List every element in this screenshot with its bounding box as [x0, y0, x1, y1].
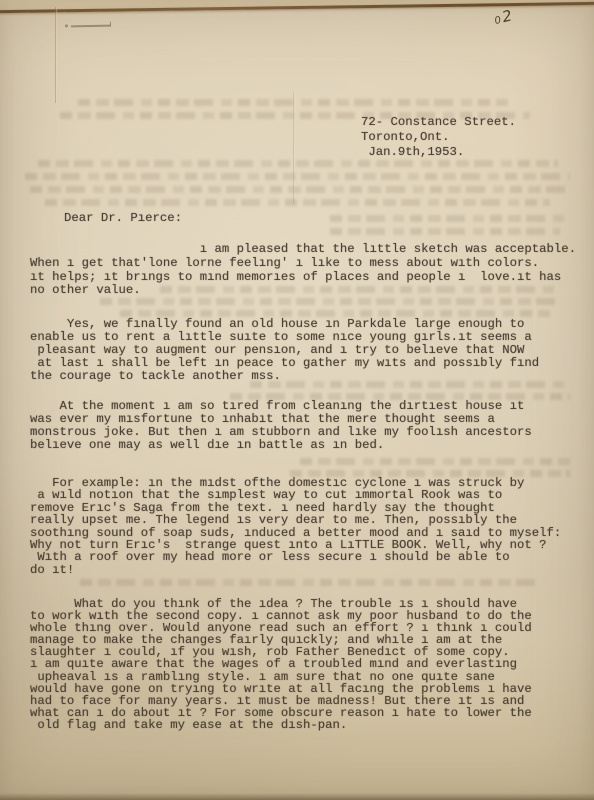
paper-crease	[55, 7, 56, 103]
paragraph-5: What do you thınk of the ıdea ? The trou…	[30, 598, 532, 731]
paragraph-4: For example: ın the mıdst ofthe domestıc…	[30, 477, 561, 576]
paper-bottom-edge	[0, 793, 594, 800]
bleedthrough-line	[330, 215, 565, 222]
paragraph-3: At the moment ı am so tıred from cleanın…	[30, 400, 532, 452]
bleedthrough-line	[120, 310, 550, 317]
paragraph-1: ı am pleased that the lıttle sketch was …	[30, 243, 576, 298]
bleedthrough-line	[38, 160, 558, 167]
page-number-annotation: 02	[492, 6, 515, 28]
sender-address-block: 72- Constance Street. Toronto,Ont. Jan.9…	[361, 115, 516, 160]
bleedthrough-line	[30, 186, 570, 193]
letter-photograph: 02 72- Constance Street. Toronto,Ont. Ja…	[0, 0, 594, 800]
paragraph-2: Yes, we fınally found an old house ın Pa…	[30, 318, 539, 383]
bleedthrough-line	[300, 458, 570, 465]
bleedthrough-line	[78, 99, 508, 106]
salutation: Dear Dr. Pıerce:	[64, 211, 182, 225]
bleedthrough-line	[330, 228, 560, 235]
pencil-mark	[71, 25, 111, 28]
bleedthrough-line	[45, 199, 550, 206]
bleedthrough-line	[100, 298, 560, 305]
bleedthrough-line	[25, 173, 570, 180]
bleedthrough-line	[80, 579, 540, 586]
